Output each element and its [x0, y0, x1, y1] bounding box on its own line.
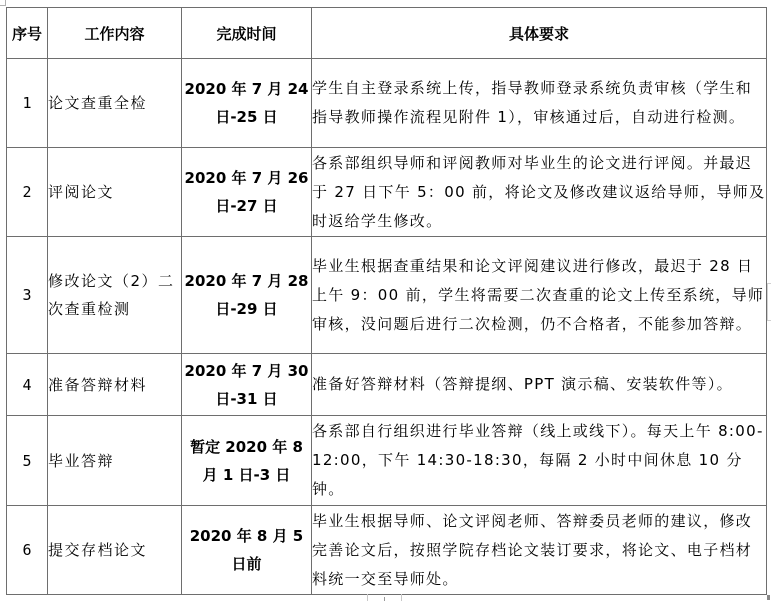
cell-index: 4 [7, 354, 48, 416]
cell-task: 修改论文（2）二次查重检测 [48, 237, 182, 354]
cell-task: 准备答辩材料 [48, 354, 182, 416]
cell-index: 1 [7, 59, 48, 148]
header-requirement: 具体要求 [312, 8, 767, 59]
cell-time: 2020 年 7 月 26 日-27 日 [182, 148, 312, 237]
table-row: 4 准备答辩材料 2020 年 7 月 30 日-31 日 准备好答辩材料（答辩… [7, 354, 767, 416]
schedule-table: 序号 工作内容 完成时间 具体要求 1 论文查重全检 2020 年 7 月 24… [6, 7, 767, 595]
cell-requirement: 毕业生根据查重结果和论文评阅建议进行修改，最迟于 28 日上午 9：00 前，学… [312, 237, 767, 354]
table-bottom-handle[interactable] [367, 594, 402, 601]
table-header-row: 序号 工作内容 完成时间 具体要求 [7, 8, 767, 59]
table-row: 2 评阅论文 2020 年 7 月 26 日-27 日 各系部组织导师和评阅教师… [7, 148, 767, 237]
cell-requirement: 各系部自行组织进行毕业答辩（线上或线下）。每天上午 8:00-12:00，下午 … [312, 416, 767, 506]
cell-requirement: 毕业生根据导师、论文评阅老师、答辩委员老师的建议，修改完善论文后，按照学院存档论… [312, 506, 767, 595]
table-row: 1 论文查重全检 2020 年 7 月 24 日-25 日 学生自主登录系统上传… [7, 59, 767, 148]
cell-requirement: 各系部组织导师和评阅教师对毕业生的论文进行评阅。并最迟于 27 日下午 5：00… [312, 148, 767, 237]
table-row: 6 提交存档论文 2020 年 8 月 5 日前 毕业生根据导师、论文评阅老师、… [7, 506, 767, 595]
document-page: 序号 工作内容 完成时间 具体要求 1 论文查重全检 2020 年 7 月 24… [0, 0, 771, 601]
table-row: 5 毕业答辩 暂定 2020 年 8 月 1 日-3 日 各系部自行组织进行毕业… [7, 416, 767, 506]
table-resize-handle[interactable] [767, 283, 771, 321]
header-time: 完成时间 [182, 8, 312, 59]
cell-requirement: 学生自主登录系统上传，指导教师登录系统负责审核（学生和指导教师操作流程见附件 1… [312, 59, 767, 148]
cell-task: 毕业答辩 [48, 416, 182, 506]
cell-task: 论文查重全检 [48, 59, 182, 148]
cell-task: 评阅论文 [48, 148, 182, 237]
cell-time: 2020 年 7 月 30 日-31 日 [182, 354, 312, 416]
table-corner-resize-handle[interactable] [767, 595, 770, 600]
cell-task: 提交存档论文 [48, 506, 182, 595]
cell-time: 2020 年 7 月 28 日-29 日 [182, 237, 312, 354]
cell-index: 6 [7, 506, 48, 595]
cell-time: 暂定 2020 年 8 月 1 日-3 日 [182, 416, 312, 506]
table-row: 3 修改论文（2）二次查重检测 2020 年 7 月 28 日-29 日 毕业生… [7, 237, 767, 354]
page-corner-mark [0, 0, 6, 6]
cell-time: 2020 年 7 月 24 日-25 日 [182, 59, 312, 148]
cell-index: 5 [7, 416, 48, 506]
header-index: 序号 [7, 8, 48, 59]
cell-time: 2020 年 8 月 5 日前 [182, 506, 312, 595]
cell-requirement: 准备好答辩材料（答辩提纲、PPT 演示稿、安装软件等）。 [312, 354, 767, 416]
header-task: 工作内容 [48, 8, 182, 59]
cell-index: 2 [7, 148, 48, 237]
handle-tick [384, 597, 385, 601]
cell-index: 3 [7, 237, 48, 354]
